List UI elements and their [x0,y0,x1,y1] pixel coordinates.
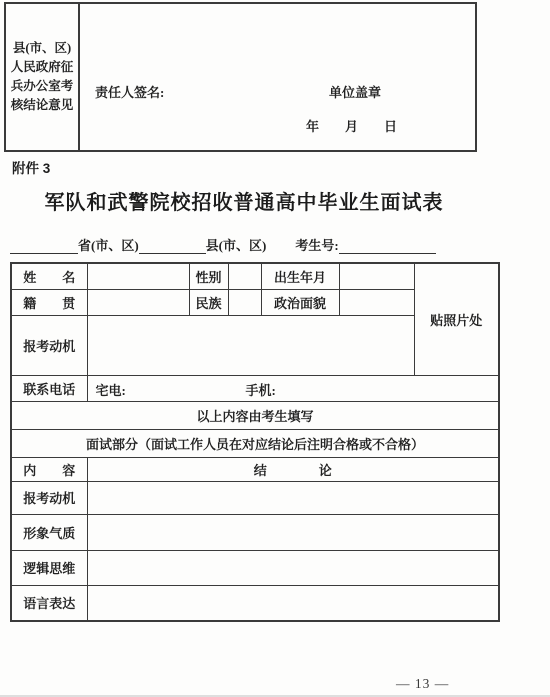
mobile-phone-label: 手机: [246,380,276,399]
attachment-label: 附件 3 [12,157,50,177]
candidate-no-blank-line [339,238,436,254]
table-row: 姓 名 性别 出生年月 贴照片处 [11,263,499,289]
contact-value-cell: 宅电: 手机: [87,375,499,401]
gender-value-cell [228,263,261,289]
table-row: 语言表达 [11,585,499,621]
header-fill-line: 省(市、区) 县(市、区) 考生号: [10,236,460,254]
approval-label-line: 兵办公室考 [11,77,74,96]
criterion-expression-cell: 语言表达 [11,585,87,621]
political-status-value-cell [339,289,414,315]
table-row: 内 容 结 论 [11,457,499,481]
province-blank-line [10,238,78,254]
criterion-motivation-conclusion-cell [87,481,499,514]
ethnicity-value-cell [228,289,261,315]
motivation-value-cell [87,315,414,375]
interview-section-note: 面试部分（面试工作人员在对应结论后注明合格或不合格） [11,429,499,457]
signer-label: 责任人签名: [95,82,164,101]
gender-label-cell: 性别 [189,263,228,289]
name-value-cell [87,263,189,289]
birth-label-cell: 出生年月 [261,263,339,289]
approval-label-line: 人民政府征 [11,58,74,77]
content-header-cell: 内 容 [11,457,87,481]
unit-seal-label: 单位盖章 [329,82,381,101]
table-row: 联系电话 宅电: 手机: [11,375,499,401]
scanned-form-page: { "approval": { "label_lines": ["县(市、区)"… [0,0,550,697]
interview-form-table: 姓 名 性别 出生年月 贴照片处 籍 贯 民族 政治面貌 报考动机 联系电话 宅… [10,262,500,622]
table-row: 以上内容由考生填写 [11,401,499,429]
criterion-logic-conclusion-cell [87,550,499,585]
approval-authority-label: 县(市、区) 人民政府征 兵办公室考 核结论意见 [6,4,80,150]
page-number: — 13 — [396,676,449,692]
criterion-appearance-cell: 形象气质 [11,514,87,550]
table-row: 面试部分（面试工作人员在对应结论后注明合格或不合格） [11,429,499,457]
criterion-motivation-cell: 报考动机 [11,481,87,514]
approval-table: 县(市、区) 人民政府征 兵办公室考 核结论意见 责任人签名: 单位盖章 年 月… [4,2,477,152]
motivation-label-cell: 报考动机 [11,315,87,375]
table-row: 报考动机 [11,481,499,514]
date-label: 年 月 日 [306,116,397,135]
photo-placeholder-cell: 贴照片处 [414,263,499,375]
native-place-label-cell: 籍 贯 [11,289,87,315]
table-row: 逻辑思维 [11,550,499,585]
table-row: 形象气质 [11,514,499,550]
county-suffix-label: 县(市、区) [206,235,267,254]
page-title: 军队和武警院校招收普通高中毕业生面试表 [10,186,478,215]
approval-label-line: 县(市、区) [13,39,71,58]
criterion-appearance-conclusion-cell [87,514,499,550]
political-status-label-cell: 政治面貌 [261,289,339,315]
province-suffix-label: 省(市、区) [78,235,139,254]
name-label-cell: 姓 名 [11,263,87,289]
native-place-value-cell [87,289,189,315]
criterion-expression-conclusion-cell [87,585,499,621]
ethnicity-label-cell: 民族 [189,289,228,315]
approval-signature-cell: 责任人签名: 单位盖章 年 月 日 [80,4,475,150]
approval-label-line: 核结论意见 [11,96,74,115]
home-phone-label: 宅电: [96,380,126,399]
birth-value-cell [339,263,414,289]
conclusion-header-cell: 结 论 [87,457,499,481]
county-blank-line [139,238,206,254]
candidate-section-note: 以上内容由考生填写 [11,401,499,429]
contact-label-cell: 联系电话 [11,375,87,401]
candidate-no-label: 考生号: [295,235,338,254]
criterion-logic-cell: 逻辑思维 [11,550,87,585]
